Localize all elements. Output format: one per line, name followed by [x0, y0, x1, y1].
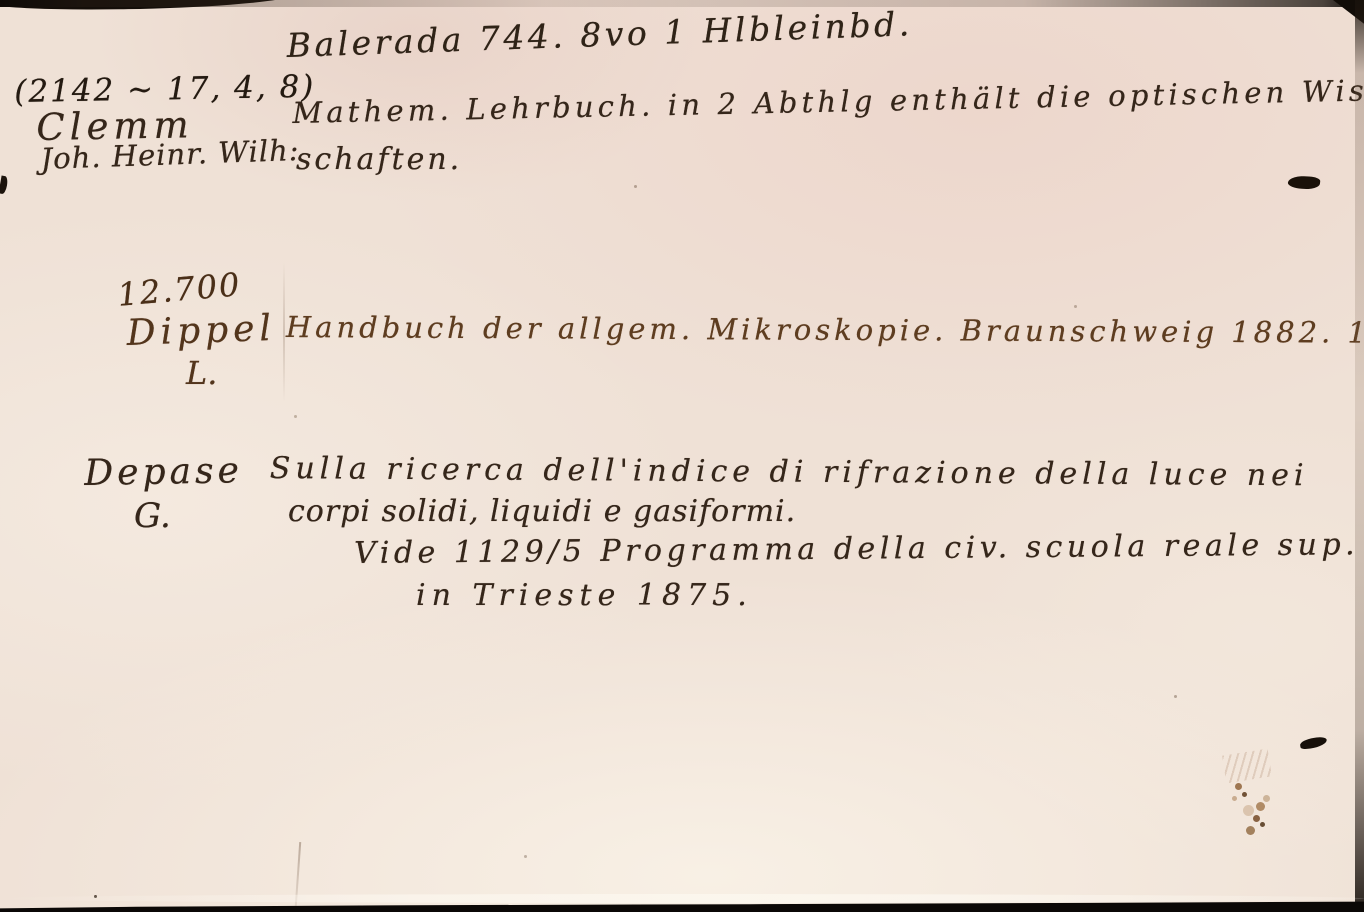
- entry2-author-surname: Dippel: [126, 308, 277, 354]
- entry3-title-line-2: corpi solidi, liquidi e gasiformi.: [288, 494, 796, 529]
- binding-note: Balerada 744. 8vo 1 Hlbleinbd.: [286, 4, 913, 65]
- entry3-reference-line: Vide 1129/5 Programma della civ. scuola …: [354, 527, 1359, 571]
- bottom-paper-edge-highlight: [0, 894, 1364, 903]
- vertical-fold-crease: [283, 262, 285, 402]
- left-edge-ink-mark: [0, 176, 9, 195]
- black-ink-dash-mark: [1299, 736, 1327, 750]
- scanned-catalogue-card: Balerada 744. 8vo 1 Hlbleinbd. (2142 ~ 1…: [0, 0, 1364, 912]
- right-scan-edge: [1355, 0, 1364, 912]
- right-edge-ink-mark: [1287, 174, 1320, 190]
- entry3-author-surname: Depase: [84, 450, 243, 494]
- stain-hatch-strokes: [1222, 749, 1272, 784]
- brown-ink-blot-stain: [1218, 752, 1284, 842]
- entry2-accession-number: 12.700: [116, 265, 243, 314]
- entry1-title-line-2: schaften.: [296, 142, 462, 177]
- entry3-place-date-line: in Trieste 1875.: [416, 578, 753, 613]
- paper-background: Balerada 744. 8vo 1 Hlbleinbd. (2142 ~ 1…: [0, 0, 1364, 912]
- entry3-author-forenames: G.: [134, 496, 171, 536]
- entry1-title-line-1: Mathem. Lehrbuch. in 2 Abthlg enthält di…: [292, 72, 1364, 130]
- entry3-title-line-1: Sulla ricerca dell'indice di rifrazione …: [270, 451, 1309, 493]
- top-scan-edge: [0, 0, 1364, 7]
- entry2-author-forenames: L.: [186, 354, 217, 392]
- stain-spots: [1218, 752, 1223, 757]
- entry2-title-line-1: Handbuch der allgem. Mikroskopie. Brauns…: [286, 310, 1364, 350]
